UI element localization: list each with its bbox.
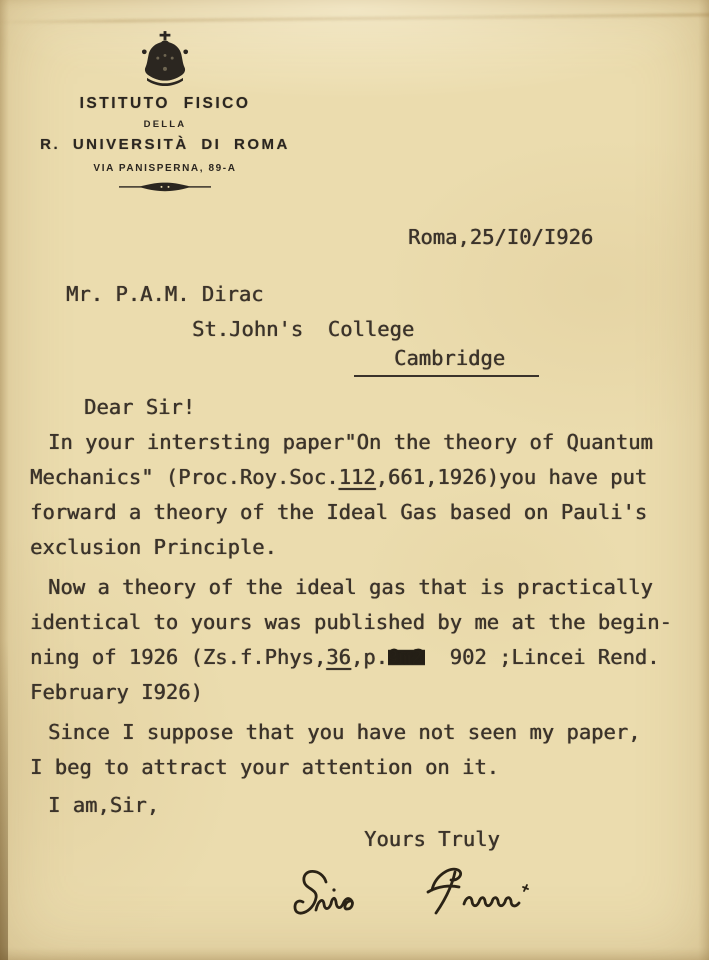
recipient-name: Mr. P.A.M. Dirac bbox=[66, 283, 263, 307]
body-p1-line3: forward a theory of the Ideal Gas based … bbox=[30, 501, 647, 525]
body-p1-line4: exclusion Principle. bbox=[30, 536, 277, 560]
letterhead-university: R. UNIVERSITÀ DI ROMA bbox=[20, 136, 310, 153]
p1-l2-text: Mechanics" (Proc.Roy.Soc. bbox=[30, 465, 339, 489]
body-p2-line3: ning of 1926 (Zs.f.Phys,36,p.9m2 902 ;Li… bbox=[30, 646, 659, 670]
body-p2-line2: identical to yours was published by me a… bbox=[30, 611, 672, 635]
p2-l3-volume-underlined: 36 bbox=[326, 645, 351, 669]
p1-l2-rest: ,661,1926)you have put bbox=[376, 465, 648, 489]
royal-crown-icon bbox=[138, 30, 192, 88]
closing-line: I am,Sir, bbox=[48, 794, 159, 818]
letterhead-divider bbox=[119, 182, 211, 192]
paper-edge-shadow bbox=[0, 640, 8, 960]
body-p2-line4: February I926) bbox=[30, 681, 203, 705]
p1-l2-volume-underlined: 112 bbox=[339, 465, 376, 489]
body-p2-line1: Now a theory of the ideal gas that is pr… bbox=[48, 576, 653, 600]
letterhead-della: DELLA bbox=[20, 119, 310, 130]
body-p3-line1: Since I suppose that you have not seen m… bbox=[48, 721, 640, 745]
body-p1-line2: Mechanics" (Proc.Roy.Soc.112,661,1926)yo… bbox=[30, 466, 647, 490]
paper-fold-crease bbox=[0, 13, 709, 24]
recipient-city-underlined: Cambridge bbox=[354, 347, 539, 377]
p2-l3-text: ning of 1926 (Zs.f.Phys, bbox=[30, 645, 326, 669]
recipient-college: St.John's College bbox=[192, 318, 414, 342]
letterhead-street-address: VIA PANISPERNA, 89-A bbox=[20, 163, 310, 174]
letterhead-institute: ISTITUTO FISICO bbox=[20, 95, 310, 113]
body-p3-line2: I beg to attract your attention on it. bbox=[30, 756, 499, 780]
letterhead: ISTITUTO FISICO DELLA R. UNIVERSITÀ DI R… bbox=[20, 30, 310, 192]
recipient-city: Cambridge bbox=[354, 347, 539, 377]
salutation: Dear Sir! bbox=[84, 396, 195, 420]
valediction: Yours Truly bbox=[364, 828, 500, 852]
date-line: Roma,25/I0/I926 bbox=[408, 226, 593, 250]
p2-l3-typo-struck-out: 9m2 bbox=[388, 645, 425, 669]
body-p1-line1: In your intersting paper"On the theory o… bbox=[48, 431, 653, 455]
letter-page: ISTITUTO FISICO DELLA R. UNIVERSITÀ DI R… bbox=[0, 0, 709, 960]
p2-l3-mid: ,p. bbox=[351, 645, 388, 669]
signature-name-text: Enrico Fermi bbox=[0, 0, 1, 1]
p2-l3-rest: 902 ;Lincei Rend. bbox=[425, 645, 660, 669]
signature-enrico-fermi bbox=[282, 856, 554, 944]
